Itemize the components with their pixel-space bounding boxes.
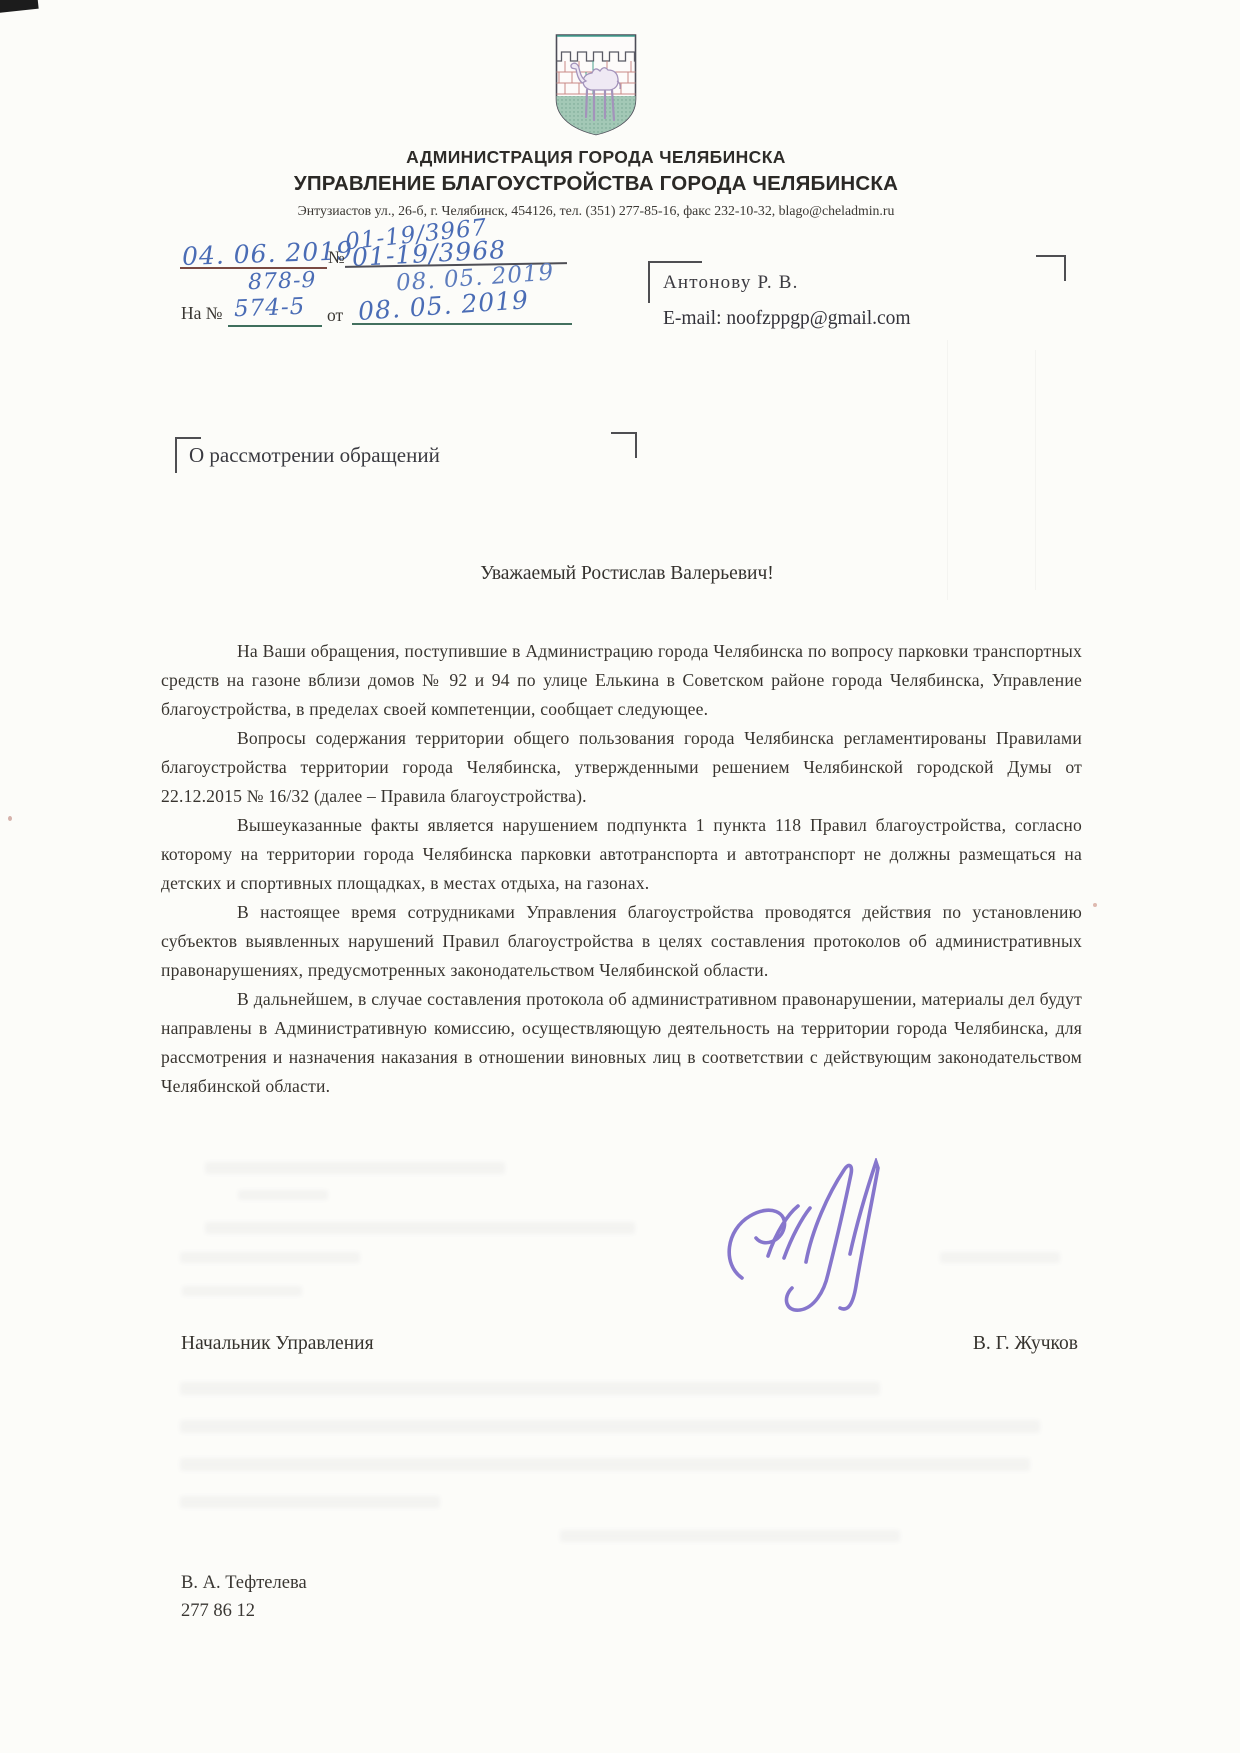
letter-body: На Ваши обращения, поступившие в Админис… bbox=[161, 637, 1082, 1101]
subject-corner-mark-right bbox=[611, 432, 637, 458]
executor-name: В. А. Тефтелева bbox=[181, 1573, 307, 1594]
recipient-email: E-mail: noofzppgp@gmail.com bbox=[663, 308, 911, 330]
recipient-name: Антонову Р. В. bbox=[663, 272, 799, 294]
handwritten-incoming-date: 08. 05. 2019 bbox=[357, 285, 530, 326]
bleedthrough-ghost bbox=[180, 1382, 880, 1395]
bleedthrough-ghost bbox=[180, 1252, 360, 1263]
org-name-line2: УПРАВЛЕНИЕ БЛАГОУСТРОЙСТВА ГОРОДА ЧЕЛЯБИ… bbox=[0, 171, 1192, 196]
handwritten-incoming-number: 574-5 bbox=[234, 294, 306, 322]
from-label: от bbox=[327, 305, 343, 326]
bleedthrough-ghost bbox=[205, 1222, 635, 1234]
body-paragraph: В дальнейшем, в случае составления прото… bbox=[161, 985, 1082, 1101]
subject-line: О рассмотрении обращений bbox=[189, 443, 440, 468]
body-paragraph: На Ваши обращения, поступившие в Админис… bbox=[161, 637, 1082, 724]
bleedthrough-ghost bbox=[940, 1252, 1060, 1263]
scanned-letter-page: АДМИНИСТРАЦИЯ ГОРОДА ЧЕЛЯБИНСКА УПРАВЛЕН… bbox=[0, 0, 1240, 1753]
bleedthrough-ghost bbox=[182, 1286, 302, 1296]
signer-position: Начальник Управления bbox=[181, 1333, 374, 1355]
salutation: Уважаемый Ростислав Валерьевич! bbox=[0, 563, 1240, 585]
body-paragraph: Вышеуказанные факты является нарушением … bbox=[161, 811, 1082, 898]
signature-scribble-icon bbox=[712, 1158, 902, 1323]
form-rule bbox=[228, 325, 322, 327]
bleedthrough-ghost bbox=[180, 1420, 1040, 1433]
bleedthrough-ghost bbox=[205, 1162, 505, 1174]
org-name-line1: АДМИНИСТРАЦИЯ ГОРОДА ЧЕЛЯБИНСКА bbox=[0, 146, 1192, 168]
scan-speck bbox=[8, 816, 12, 821]
signer-name: В. Г. Жучков bbox=[973, 1333, 1078, 1355]
bleedthrough-ghost bbox=[560, 1530, 900, 1542]
bleedthrough-ghost bbox=[180, 1458, 1030, 1471]
scan-corner-artifact bbox=[0, 0, 39, 13]
on-number-label: На № bbox=[181, 303, 222, 324]
body-paragraph: Вопросы содержания территории общего пол… bbox=[161, 724, 1082, 811]
bleedthrough-ghost bbox=[238, 1190, 328, 1200]
address-corner-mark-right bbox=[1036, 255, 1066, 281]
body-paragraph: В настоящее время сотрудниками Управлени… bbox=[161, 898, 1082, 985]
chelyabinsk-coat-of-arms bbox=[549, 31, 643, 144]
org-contact-line: Энтузиастов ул., 26-б, г. Челябинск, 454… bbox=[0, 202, 1192, 219]
form-rule bbox=[352, 323, 572, 325]
bleedthrough-ghost bbox=[180, 1496, 440, 1508]
number-label: № bbox=[328, 247, 345, 268]
scanner-streak bbox=[1035, 350, 1036, 590]
scan-speck bbox=[1093, 903, 1097, 907]
executor-phone: 277 86 12 bbox=[181, 1601, 255, 1622]
scanner-streak bbox=[947, 340, 948, 600]
letterhead: АДМИНИСТРАЦИЯ ГОРОДА ЧЕЛЯБИНСКА УПРАВЛЕН… bbox=[0, 146, 1192, 219]
handwritten-incoming-number-alt: 878-9 bbox=[248, 268, 317, 295]
